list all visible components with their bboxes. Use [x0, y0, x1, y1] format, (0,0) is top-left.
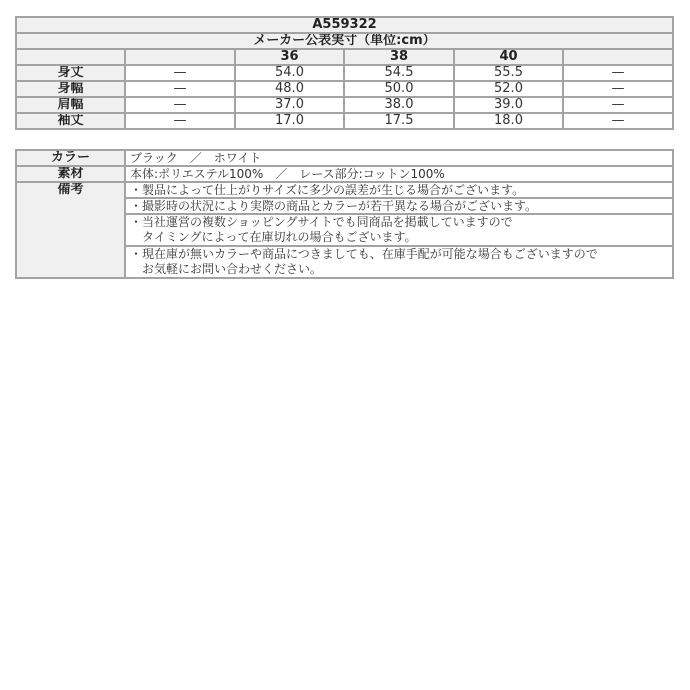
size-table-subtitle: メーカー公表実寸（単位:cm） — [16, 33, 673, 49]
color-label: カラー — [16, 150, 125, 166]
size-header-blank — [16, 49, 125, 65]
note-line: ・現在庫が無いカラーや商品につきましても、在庫手配が可能な場合もございますので — [130, 247, 672, 262]
size-header-36: 36 — [235, 49, 344, 65]
cell-value: — — [563, 113, 673, 129]
cell-value: 39.0 — [454, 97, 563, 113]
cell-value: 17.0 — [235, 113, 344, 129]
product-code: A559322 — [16, 17, 673, 33]
cell-value: — — [563, 81, 673, 97]
table-row: 袖丈 — 17.0 17.5 18.0 — — [16, 113, 673, 129]
row-label: 肩幅 — [16, 97, 125, 113]
size-header-blank — [125, 49, 235, 65]
cell-value: 50.0 — [344, 81, 454, 97]
note-row: 備考 ・製品によって仕上がりサイズに多少の誤差が生じる場合がございます。 — [16, 182, 673, 198]
table-row: 身丈 — 54.0 54.5 55.5 — — [16, 65, 673, 81]
note-item: ・撮影時の状況により実際の商品とカラーが若干異なる場合がございます。 — [125, 198, 673, 214]
cell-value: 37.0 — [235, 97, 344, 113]
cell-value: 54.5 — [344, 65, 454, 81]
material-row: 素材 本体:ポリエステル100% ／ レース部分:コットン100% — [16, 166, 673, 182]
cell-value: 54.0 — [235, 65, 344, 81]
cell-value: 17.5 — [344, 113, 454, 129]
cell-value: — — [125, 97, 235, 113]
size-header-38: 38 — [344, 49, 454, 65]
material-label: 素材 — [16, 166, 125, 182]
color-value: ブラック ／ ホワイト — [125, 150, 673, 166]
row-label: 身幅 — [16, 81, 125, 97]
size-header-blank — [563, 49, 673, 65]
info-table: カラー ブラック ／ ホワイト 素材 本体:ポリエステル100% ／ レース部分… — [15, 149, 674, 279]
cell-value: — — [125, 113, 235, 129]
cell-value: 48.0 — [235, 81, 344, 97]
note-item: ・製品によって仕上がりサイズに多少の誤差が生じる場合がございます。 — [125, 182, 673, 198]
size-table: A559322 メーカー公表実寸（単位:cm） 36 38 40 身丈 — 54… — [15, 16, 674, 130]
size-header-row: 36 38 40 — [16, 49, 673, 65]
color-row: カラー ブラック ／ ホワイト — [16, 150, 673, 166]
cell-value: 18.0 — [454, 113, 563, 129]
cell-value: — — [563, 65, 673, 81]
cell-value: 52.0 — [454, 81, 563, 97]
row-label: 袖丈 — [16, 113, 125, 129]
note-item: ・現在庫が無いカラーや商品につきましても、在庫手配が可能な場合もございますので … — [125, 246, 673, 278]
note-line: お気軽にお問い合わせください。 — [130, 262, 672, 277]
note-line: タイミングによって在庫切れの場合もございます。 — [130, 230, 672, 245]
note-line: ・当社運営の複数ショッピングサイトでも同商品を掲載していますので — [130, 215, 672, 230]
size-header-40: 40 — [454, 49, 563, 65]
material-value: 本体:ポリエステル100% ／ レース部分:コットン100% — [125, 166, 673, 182]
note-item: ・当社運営の複数ショッピングサイトでも同商品を掲載していますので タイミングによ… — [125, 214, 673, 246]
cell-value: — — [125, 65, 235, 81]
cell-value: — — [563, 97, 673, 113]
cell-value: 38.0 — [344, 97, 454, 113]
table-row: 肩幅 — 37.0 38.0 39.0 — — [16, 97, 673, 113]
cell-value: 55.5 — [454, 65, 563, 81]
cell-value: — — [125, 81, 235, 97]
table-row: 身幅 — 48.0 50.0 52.0 — — [16, 81, 673, 97]
row-label: 身丈 — [16, 65, 125, 81]
notes-label: 備考 — [16, 182, 125, 278]
